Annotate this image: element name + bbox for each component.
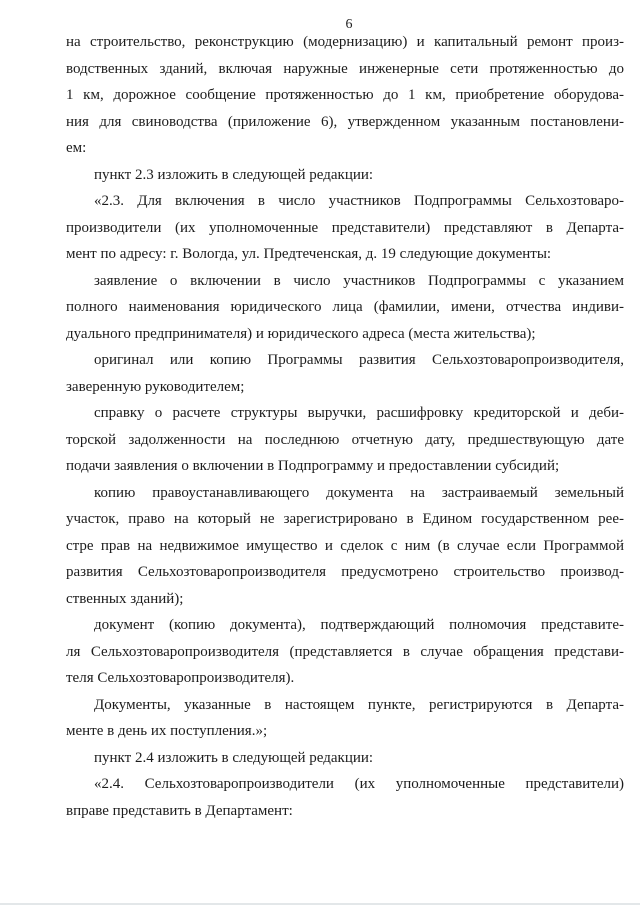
text-line: заверенную руководителем; xyxy=(66,374,624,401)
text-line: ля Сельхозтоваропроизводителя (представл… xyxy=(66,639,624,666)
text-line: стре прав на недвижимое имущество и сдел… xyxy=(66,533,624,560)
text-line: развития Сельхозтоваропроизводителя пред… xyxy=(66,559,624,586)
text-line: водственных зданий, включая наружные инж… xyxy=(66,56,624,83)
text-line: производители (их уполномоченные предста… xyxy=(66,215,624,242)
text-line: мент по адресу: г. Вологда, ул. Предтече… xyxy=(66,241,624,268)
text-line: «2.3. Для включения в число участников П… xyxy=(66,188,624,215)
text-line: торской задолженности на последнюю отчет… xyxy=(66,427,624,454)
text-line: копию правоустанавливающего документа на… xyxy=(66,480,624,507)
text-line: на строительство, реконструкцию (модерни… xyxy=(66,29,624,56)
text-line: менте в день их поступления.»; xyxy=(66,718,624,745)
text-line: ственных зданий); xyxy=(66,586,624,613)
text-line: оригинал или копию Программы развития Се… xyxy=(66,347,624,374)
text-line: справку о расчете структуры выручки, рас… xyxy=(66,400,624,427)
text-line: полного наименования юридического лица (… xyxy=(66,294,624,321)
document-body: на строительство, реконструкцию (модерни… xyxy=(66,29,624,824)
text-line: дуального предпринимателя) и юридическог… xyxy=(66,321,624,348)
text-line: подачи заявления о включении в Подпрогра… xyxy=(66,453,624,480)
text-line: заявление о включении в число участников… xyxy=(66,268,624,295)
text-line: 1 км, дорожное сообщение протяженностью … xyxy=(66,82,624,109)
text-line: Документы, указанные в настоящем пункте,… xyxy=(66,692,624,719)
text-line: вправе представить в Департамент: xyxy=(66,798,624,825)
text-line: ем: xyxy=(66,135,624,162)
document-page: 6 на строительство, реконструкцию (модер… xyxy=(0,0,640,905)
text-line: «2.4. Сельхозтоваропроизводители (их упо… xyxy=(66,771,624,798)
text-line: пункт 2.4 изложить в следующей редакции: xyxy=(66,745,624,772)
text-line: участок, право на который не зарегистрир… xyxy=(66,506,624,533)
text-line: теля Сельхозтоваропроизводителя). xyxy=(66,665,624,692)
text-line: пункт 2.3 изложить в следующей редакции: xyxy=(66,162,624,189)
text-line: документ (копию документа), подтверждающ… xyxy=(66,612,624,639)
text-line: ния для свиноводства (приложение 6), утв… xyxy=(66,109,624,136)
